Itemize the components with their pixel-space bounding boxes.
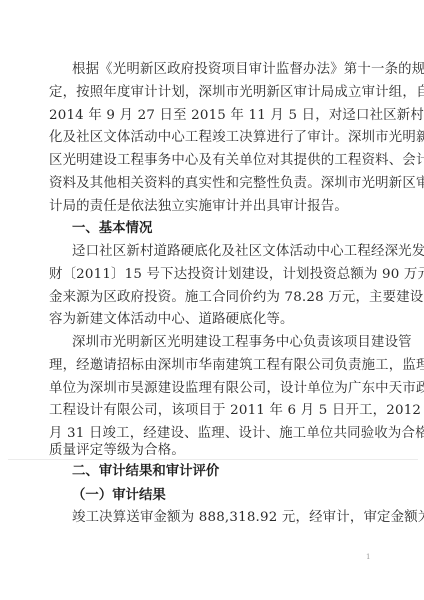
section-heading-basic-info: 一、基本情况 [72,221,152,237]
paragraph-line: 容为新建文体活动中心、道路硬底化等。 [49,312,371,328]
scan-divider [8,459,418,460]
paragraph-line: 工程设计有限公司，该项目于 2011 年 6 月 5 日开工，2012 年 10 [49,403,371,419]
paragraph-line: 财〔2011〕15 号下达投资计划建设，计划投资总额为 90 万元，资 [49,267,371,283]
paragraph-line: 迳口社区新村道路硬底化及社区文体活动中心工程经深光发 [72,244,371,260]
paragraph-line: 资料及其他相关资料的真实性和完整性负责。深圳市光明新区审 [49,176,371,192]
paragraph-line: 单位为深圳市昊源建设监理有限公司，设计单位为广东中天市政 [49,381,371,397]
paragraph-line: 定，按照年度审计计划，深圳市光明新区审计局成立审计组，自 [49,85,371,101]
paragraph-line: 根据《光明新区政府投资项目审计监督办法》第十一条的规 [72,62,371,78]
page-number: 1 [366,553,370,561]
subsection-heading-audit-result: （一）审计结果 [72,487,166,503]
section-heading-audit-results: 二、审计结果和审计评价 [72,464,219,480]
paragraph-line: 深圳市光明新区光明建设工程事务中心负责该项目建设管 [72,335,371,351]
paragraph-line: 月 31 日竣工，经建设、监理、设计、施工单位共同验收为合格， [49,426,371,442]
document-page: 根据《光明新区政府投资项目审计监督办法》第十一条的规 定，按照年度审计计划，深圳… [0,0,424,600]
paragraph-line: 质量评定等级为合格。 [49,443,371,459]
paragraph-line: 化及社区文体活动中心工程竣工决算进行了审计。深圳市光明新 [49,130,371,146]
paragraph-line: 理，经邀请招标由深圳市华南建筑工程有限公司负责施工，监理 [49,358,371,374]
paragraph-line: 区光明建设工程事务中心及有关单位对其提供的工程资料、会计 [49,153,371,169]
paragraph-line: 竣工决算送审金额为 888,318.92 元，经审计，审定金额为 [72,510,371,526]
paragraph-line: 2014 年 9 月 27 日至 2015 年 11 月 5 日，对迳口社区新村… [49,108,371,124]
paragraph-line: 金来源为区政府投资。施工合同价约为 78.28 万元，主要建设内 [49,290,371,306]
paragraph-line: 计局的责任是依法独立实施审计并出具审计报告。 [49,199,371,215]
